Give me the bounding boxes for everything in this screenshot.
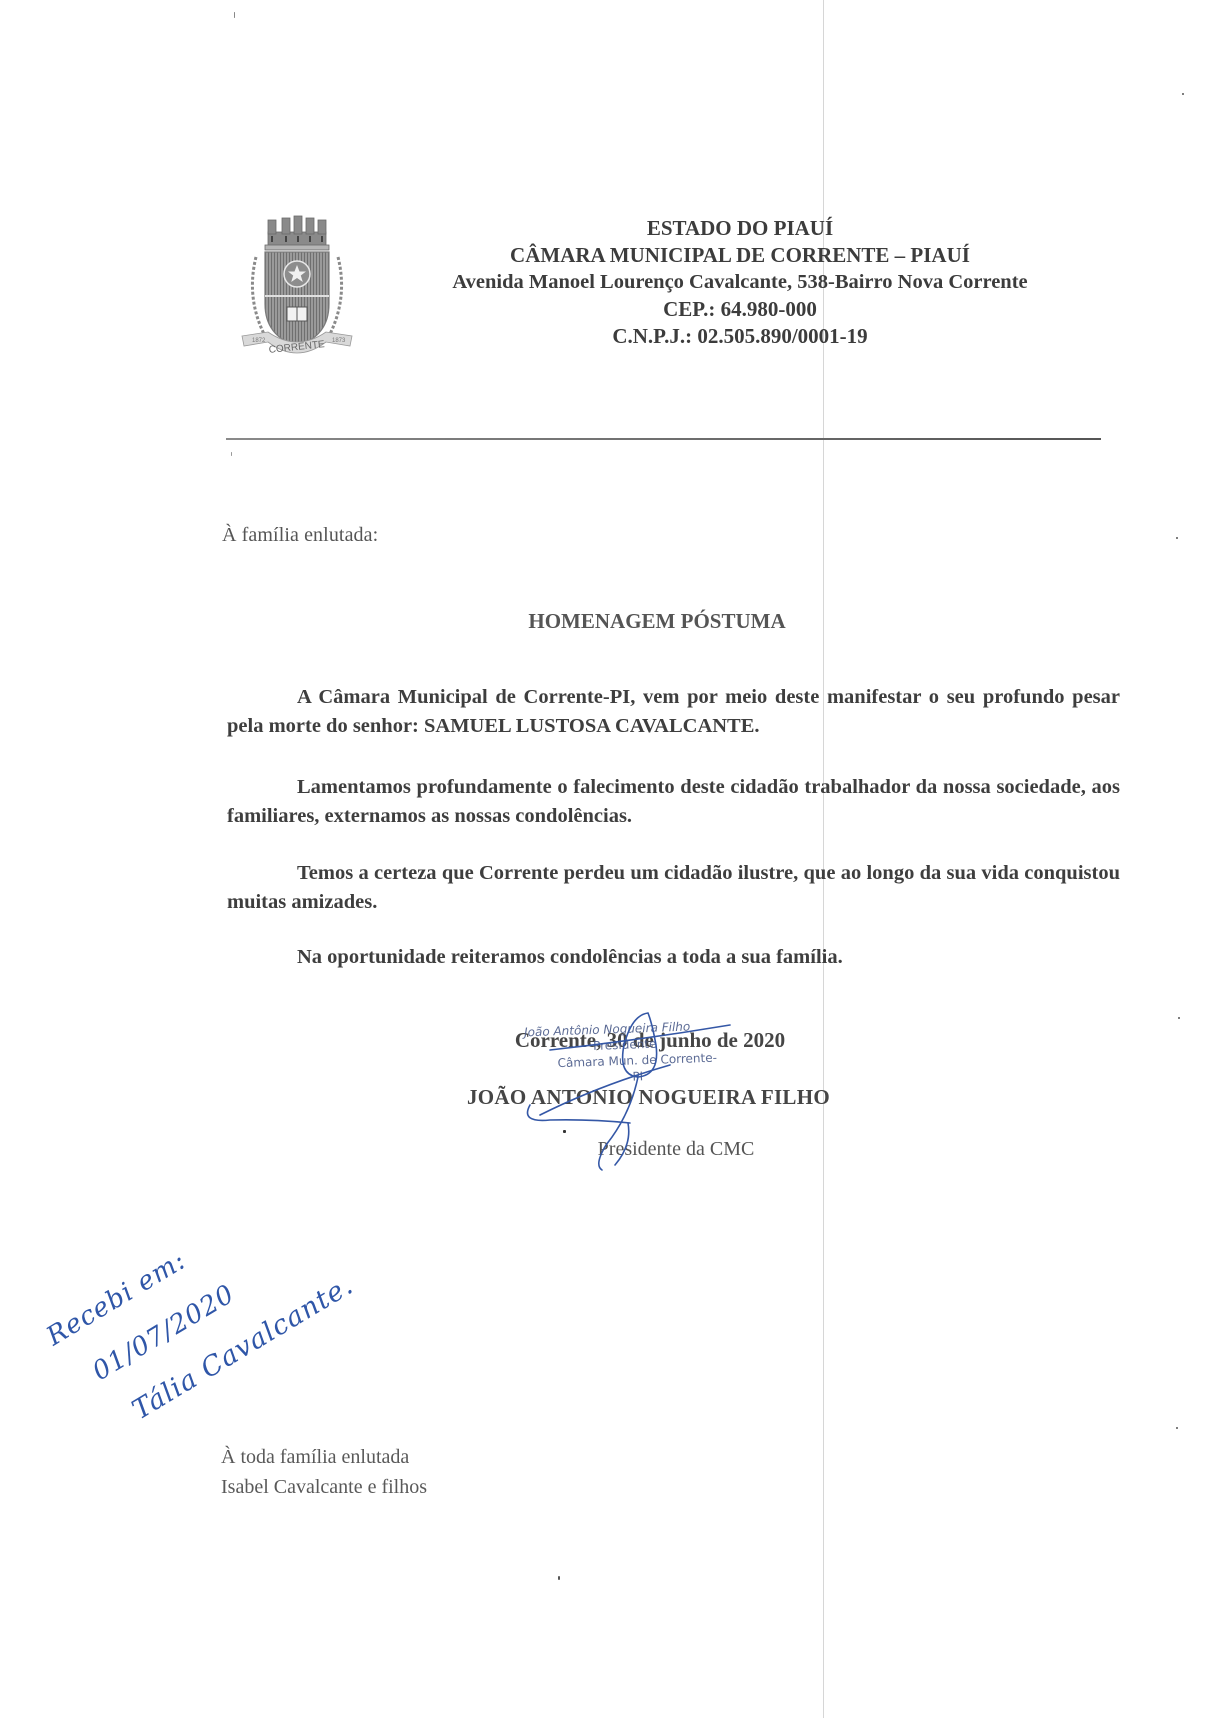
salutation: À família enlutada: xyxy=(222,524,378,547)
scan-speck xyxy=(1182,93,1184,95)
letterhead-state: ESTADO DO PIAUÍ xyxy=(380,215,1100,242)
letterhead: ESTADO DO PIAUÍ CÂMARA MUNICIPAL DE CORR… xyxy=(380,215,1100,350)
scan-speck xyxy=(1178,1017,1180,1019)
receipt-note-date: 01/07/2020 xyxy=(88,1279,240,1387)
addressee-line-2: Isabel Cavalcante e filhos xyxy=(221,1472,427,1502)
signatory-role: Presidente da CMC xyxy=(0,1138,1205,1161)
scan-speck xyxy=(558,1576,560,1580)
addressee-block: À toda família enlutada Isabel Cavalcant… xyxy=(221,1442,427,1502)
document-title: HOMENAGEM PÓSTUMA xyxy=(0,609,1205,634)
official-stamp: João Antônio Nogueira Filho Presidente C… xyxy=(519,1018,721,1089)
scan-speck xyxy=(563,1130,566,1133)
handwritten-receipt-note: Recebi em: 01/07/2020 Tália Cavalcante. xyxy=(55,1250,415,1420)
header-divider xyxy=(226,438,1101,440)
body-paragraph-4: Na oportunidade reiteramos condolências … xyxy=(227,943,1120,972)
body-paragraph-2: Lamentamos profundamente o falecimento d… xyxy=(227,773,1120,831)
addressee-line-1: À toda família enlutada xyxy=(221,1442,427,1472)
letterhead-address: Avenida Manoel Lourenço Cavalcante, 538-… xyxy=(380,269,1100,296)
scan-speck xyxy=(1176,1427,1178,1429)
municipal-coat-of-arms-icon: CORRENTE 1872 1873 xyxy=(238,212,356,360)
svg-text:1872: 1872 xyxy=(252,338,266,344)
stamp-institution: Câmara Mun. de Corrente-PI xyxy=(554,1050,721,1088)
signatory-name: JOÃO ANTONIO NOGUEIRA FILHO xyxy=(0,1085,1205,1110)
letterhead-institution: CÂMARA MUNICIPAL DE CORRENTE – PIAUÍ xyxy=(380,242,1100,269)
scan-speck xyxy=(1176,537,1178,539)
letterhead-cnpj: C.N.P.J.: 02.505.890/0001-19 xyxy=(380,323,1100,350)
scan-speck xyxy=(231,452,232,456)
receipt-note-signature: Tália Cavalcante. xyxy=(127,1270,359,1426)
scanned-letter-page: CORRENTE 1872 1873 ESTADO DO PIAUÍ CÂMAR… xyxy=(0,0,1205,1718)
letterhead-cep: CEP.: 64.980-000 xyxy=(380,296,1100,323)
body-paragraph-1: A Câmara Municipal de Corrente-PI, vem p… xyxy=(227,683,1120,741)
svg-text:1873: 1873 xyxy=(332,338,346,344)
receipt-note-label: Recebi em: xyxy=(42,1245,192,1352)
scan-speck xyxy=(234,12,235,18)
body-paragraph-3: Temos a certeza que Corrente perdeu um c… xyxy=(227,859,1120,917)
